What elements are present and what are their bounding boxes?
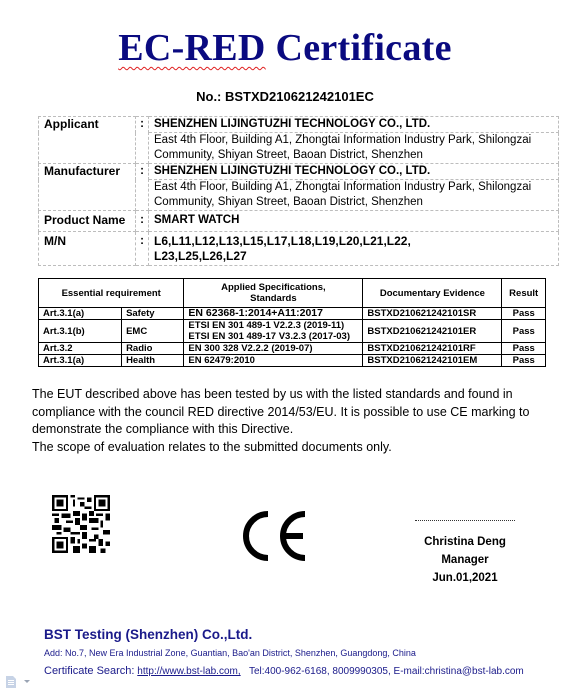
title-part-b: Certificate (266, 27, 452, 69)
product-row: Product Name : SMART WATCH (39, 211, 559, 232)
specs-header-line2: Standards (188, 293, 358, 304)
statement-line4: The scope of evaluation relates to the s… (32, 439, 570, 457)
applicant-address-line2: Community, Shiyan Street, Baoan District… (154, 148, 553, 163)
signatory-name: Christina Deng (400, 533, 530, 551)
requirement-row: Art.3.2RadioEN 300 328 V2.2.2 (2019-07)B… (39, 343, 546, 355)
model-numbers: L6,L11,L12,L13,L15,L17,L18,L19,L20,L21,L… (149, 232, 559, 266)
mn-row: M/N : L6,L11,L12,L13,L15,L17,L18,L19,L20… (39, 232, 559, 266)
requirement-row: Art.3.1(b)EMCETSI EN 301 489-1 V2.2.3 (2… (39, 320, 546, 343)
spec-cell: EN 300 328 V2.2.2 (2019-07) (184, 343, 363, 355)
contact-info: Tel:400-962-6168, 8009990305, E-mail:chr… (249, 666, 524, 677)
evidence-cell: BSTXD210621242101ER (363, 320, 502, 343)
mn-line1: L6,L11,L12,L13,L15,L17,L18,L19,L20,L21,L… (154, 234, 553, 249)
compliance-statement: The EUT described above has been tested … (32, 386, 570, 456)
search-label: Certificate Search: (44, 665, 134, 677)
issuer-company: BST Testing (Shenzhen) Co.,Ltd. (44, 627, 252, 642)
evidence-cell: BSTXD210621242101RF (363, 343, 502, 355)
signatory-role: Manager (400, 551, 530, 569)
spec-line: ETSI EN 301 489-17 V3.2.3 (2017-03) (188, 331, 358, 342)
applicant-address: East 4th Floor, Building A1, Zhongtai In… (149, 133, 559, 164)
evidence-cell: BSTXD210621242101EM (363, 355, 502, 367)
applicant-label: Applicant (39, 117, 136, 164)
applicant-row: Applicant : SHENZHEN LIJINGTUZHI TECHNOL… (39, 117, 559, 133)
category-cell: Safety (122, 308, 184, 320)
applicant-name: SHENZHEN LIJINGTUZHI TECHNOLOGY CO., LTD… (149, 117, 559, 133)
result-cell: Pass (502, 355, 546, 367)
article-cell: Art.3.2 (39, 343, 122, 355)
ce-mark-icon (237, 510, 309, 562)
colon: : (136, 232, 149, 266)
article-cell: Art.3.1(a) (39, 308, 122, 320)
specs-header: Applied Specifications, Standards (184, 279, 363, 308)
colon: : (136, 117, 149, 164)
spec-cell: ETSI EN 301 489-1 V2.2.3 (2019-11)ETSI E… (184, 320, 363, 343)
requirements-header: Essential requirement Applied Specificat… (39, 279, 546, 308)
issuer-address: Add: No.7, New Era Industrial Zone, Guan… (44, 648, 416, 658)
search-url-link[interactable]: http://www.bst-lab.com, (137, 666, 240, 677)
product-name: SMART WATCH (149, 211, 559, 232)
certificate-title: EC-RED Certificate (0, 26, 570, 70)
qr-code (52, 495, 110, 553)
specs-header-line1: Applied Specifications, (188, 282, 358, 293)
spec-cell: EN 62368-1:2014+A11:2017 (184, 308, 363, 320)
result-header: Result (502, 279, 546, 308)
requirement-row: Art.3.1(a)HealthEN 62479:2010BSTXD210621… (39, 355, 546, 367)
colon: : (136, 164, 149, 211)
mn-line2: L23,L25,L26,L27 (154, 249, 553, 264)
manufacturer-label: Manufacturer (39, 164, 136, 211)
article-cell: Art.3.1(a) (39, 355, 122, 367)
title-part-a: EC-RED (118, 27, 265, 69)
category-cell: Radio (122, 343, 184, 355)
signature-block: Christina Deng Manager Jun.01,2021 (400, 520, 530, 587)
info-table: Applicant : SHENZHEN LIJINGTUZHI TECHNOL… (38, 116, 559, 266)
product-label: Product Name (39, 211, 136, 232)
manufacturer-address-line2: Community, Shiyan Street, Baoan District… (154, 195, 553, 210)
spec-line: EN 62368-1:2014+A11:2017 (188, 308, 358, 319)
colon: : (136, 211, 149, 232)
requirement-row: Art.3.1(a)SafetyEN 62368-1:2014+A11:2017… (39, 308, 546, 320)
evidence-header: Documentary Evidence (363, 279, 502, 308)
statement-line3: demonstrate the compliance with this Dir… (32, 421, 570, 439)
result-cell: Pass (502, 308, 546, 320)
evidence-cell: BSTXD210621242101SR (363, 308, 502, 320)
certificate-search: Certificate Search: http://www.bst-lab.c… (44, 665, 524, 677)
signature-date: Jun.01,2021 (400, 569, 530, 587)
result-cell: Pass (502, 343, 546, 355)
chevron-down-icon[interactable] (24, 680, 30, 683)
certificate-number: No.: BSTXD210621242101EC (0, 89, 570, 104)
manufacturer-address-line1: East 4th Floor, Building A1, Zhongtai In… (154, 180, 553, 195)
spec-line: EN 300 328 V2.2.2 (2019-07) (188, 343, 358, 354)
category-cell: EMC (122, 320, 184, 343)
result-cell: Pass (502, 320, 546, 343)
category-cell: Health (122, 355, 184, 367)
spec-line: ETSI EN 301 489-1 V2.2.3 (2019-11) (188, 320, 358, 331)
article-cell: Art.3.1(b) (39, 320, 122, 343)
applicant-address-line1: East 4th Floor, Building A1, Zhongtai In… (154, 133, 553, 148)
spec-cell: EN 62479:2010 (184, 355, 363, 367)
signature-line (415, 520, 515, 529)
requirements-table: Essential requirement Applied Specificat… (38, 278, 546, 367)
essential-header: Essential requirement (39, 279, 184, 308)
manufacturer-name: SHENZHEN LIJINGTUZHI TECHNOLOGY CO., LTD… (149, 164, 559, 180)
manufacturer-row: Manufacturer : SHENZHEN LIJINGTUZHI TECH… (39, 164, 559, 180)
statement-line2: compliance with the council RED directiv… (32, 404, 570, 422)
manufacturer-address: East 4th Floor, Building A1, Zhongtai In… (149, 180, 559, 211)
document-icon[interactable] (6, 676, 16, 688)
statement-line1: The EUT described above has been tested … (32, 386, 570, 404)
mn-label: M/N (39, 232, 136, 266)
spec-line: EN 62479:2010 (188, 355, 358, 366)
